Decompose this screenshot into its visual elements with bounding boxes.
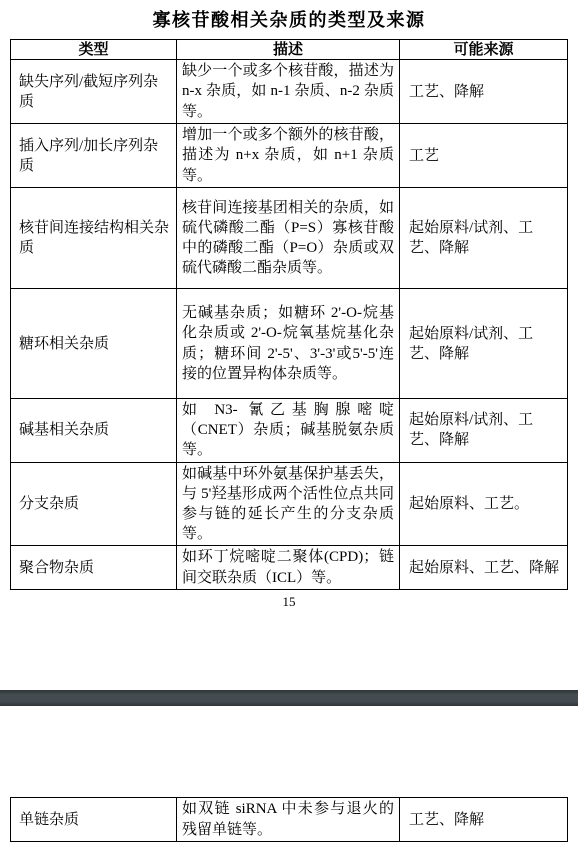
table-row: 糖环相关杂质 无碱基杂质；如糖环 2'-O-烷基化杂质或 2'-O-烷氧基烷基化… xyxy=(11,289,568,399)
table-row: 缺失序列/截短序列杂质 缺少一个或多个核苷酸，描述为 n-x 杂质，如 n-1 … xyxy=(11,60,568,124)
document-page-view: 寡核苷酸相关杂质的类型及来源 类型 描述 可能来源 缺失序列/截短序列杂质 缺少… xyxy=(0,0,578,845)
table-row: 插入序列/加长序列杂质 增加一个或多个额外的核苷酸，描述为 n+x 杂质，如 n… xyxy=(11,124,568,188)
table-row: 碱基相关杂质 如 N3- 氰乙基胸腺嘧啶（CNET）杂质；碱基脱氨杂质等。 起始… xyxy=(11,399,568,463)
type-cell: 碱基相关杂质 xyxy=(11,399,177,463)
table-row: 核苷间连接结构相关杂质 核苷间连接基团相关的杂质，如硫代磷酸二酯（P=S）寡核苷… xyxy=(11,188,568,289)
column-header-source: 可能来源 xyxy=(400,40,568,60)
page-break-divider xyxy=(0,690,578,706)
source-cell: 工艺、降解 xyxy=(400,60,568,124)
description-cell: 无碱基杂质；如糖环 2'-O-烷基化杂质或 2'-O-烷氧基烷基化杂质；糖环间 … xyxy=(177,289,400,399)
impurity-table: 类型 描述 可能来源 缺失序列/截短序列杂质 缺少一个或多个核苷酸，描述为 n-… xyxy=(10,39,568,590)
source-cell: 起始原料、工艺。 xyxy=(400,462,568,546)
type-cell: 核苷间连接结构相关杂质 xyxy=(11,188,177,289)
table-row: 单链杂质 如双链 siRNA 中未参与退火的残留单链等。 工艺、降解 xyxy=(11,798,568,842)
column-header-type: 类型 xyxy=(11,40,177,60)
type-cell: 单链杂质 xyxy=(11,798,177,842)
table-header-row: 类型 描述 可能来源 xyxy=(11,40,568,60)
type-cell: 分支杂质 xyxy=(11,462,177,546)
description-cell: 如 N3- 氰乙基胸腺嘧啶（CNET）杂质；碱基脱氨杂质等。 xyxy=(177,399,400,463)
column-header-description: 描述 xyxy=(177,40,400,60)
table-row: 聚合物杂质 如环丁烷嘧啶二聚体(CPD)；链间交联杂质（ICL）等。 起始原料、… xyxy=(11,546,568,589)
document-title: 寡核苷酸相关杂质的类型及来源 xyxy=(0,6,578,32)
source-cell: 起始原料、工艺、降解 xyxy=(400,546,568,589)
impurity-table-continued: 单链杂质 如双链 siRNA 中未参与退火的残留单链等。 工艺、降解 xyxy=(10,797,568,842)
description-cell: 如环丁烷嘧啶二聚体(CPD)；链间交联杂质（ICL）等。 xyxy=(177,546,400,589)
source-cell: 工艺 xyxy=(400,124,568,188)
type-cell: 插入序列/加长序列杂质 xyxy=(11,124,177,188)
type-cell: 缺失序列/截短序列杂质 xyxy=(11,60,177,124)
table-row: 分支杂质 如碱基中环外氨基保护基丢失，与 5'羟基形成两个活性位点共同参与链的延… xyxy=(11,462,568,546)
source-cell: 工艺、降解 xyxy=(400,798,568,842)
description-cell: 增加一个或多个额外的核苷酸，描述为 n+x 杂质，如 n+1 杂质等。 xyxy=(177,124,400,188)
type-cell: 聚合物杂质 xyxy=(11,546,177,589)
source-cell: 起始原料/试剂、工艺、降解 xyxy=(400,289,568,399)
source-cell: 起始原料/试剂、工艺、降解 xyxy=(400,399,568,463)
source-cell: 起始原料/试剂、工艺、降解 xyxy=(400,188,568,289)
description-cell: 核苷间连接基团相关的杂质，如硫代磷酸二酯（P=S）寡核苷酸中的磷酸二酯（P=O）… xyxy=(177,188,400,289)
description-cell: 如双链 siRNA 中未参与退火的残留单链等。 xyxy=(177,798,400,842)
description-cell: 缺少一个或多个核苷酸，描述为 n-x 杂质，如 n-1 杂质、n-2 杂质等。 xyxy=(177,60,400,124)
page-number: 15 xyxy=(0,594,578,610)
type-cell: 糖环相关杂质 xyxy=(11,289,177,399)
description-cell: 如碱基中环外氨基保护基丢失，与 5'羟基形成两个活性位点共同参与链的延长产生的分… xyxy=(177,462,400,546)
